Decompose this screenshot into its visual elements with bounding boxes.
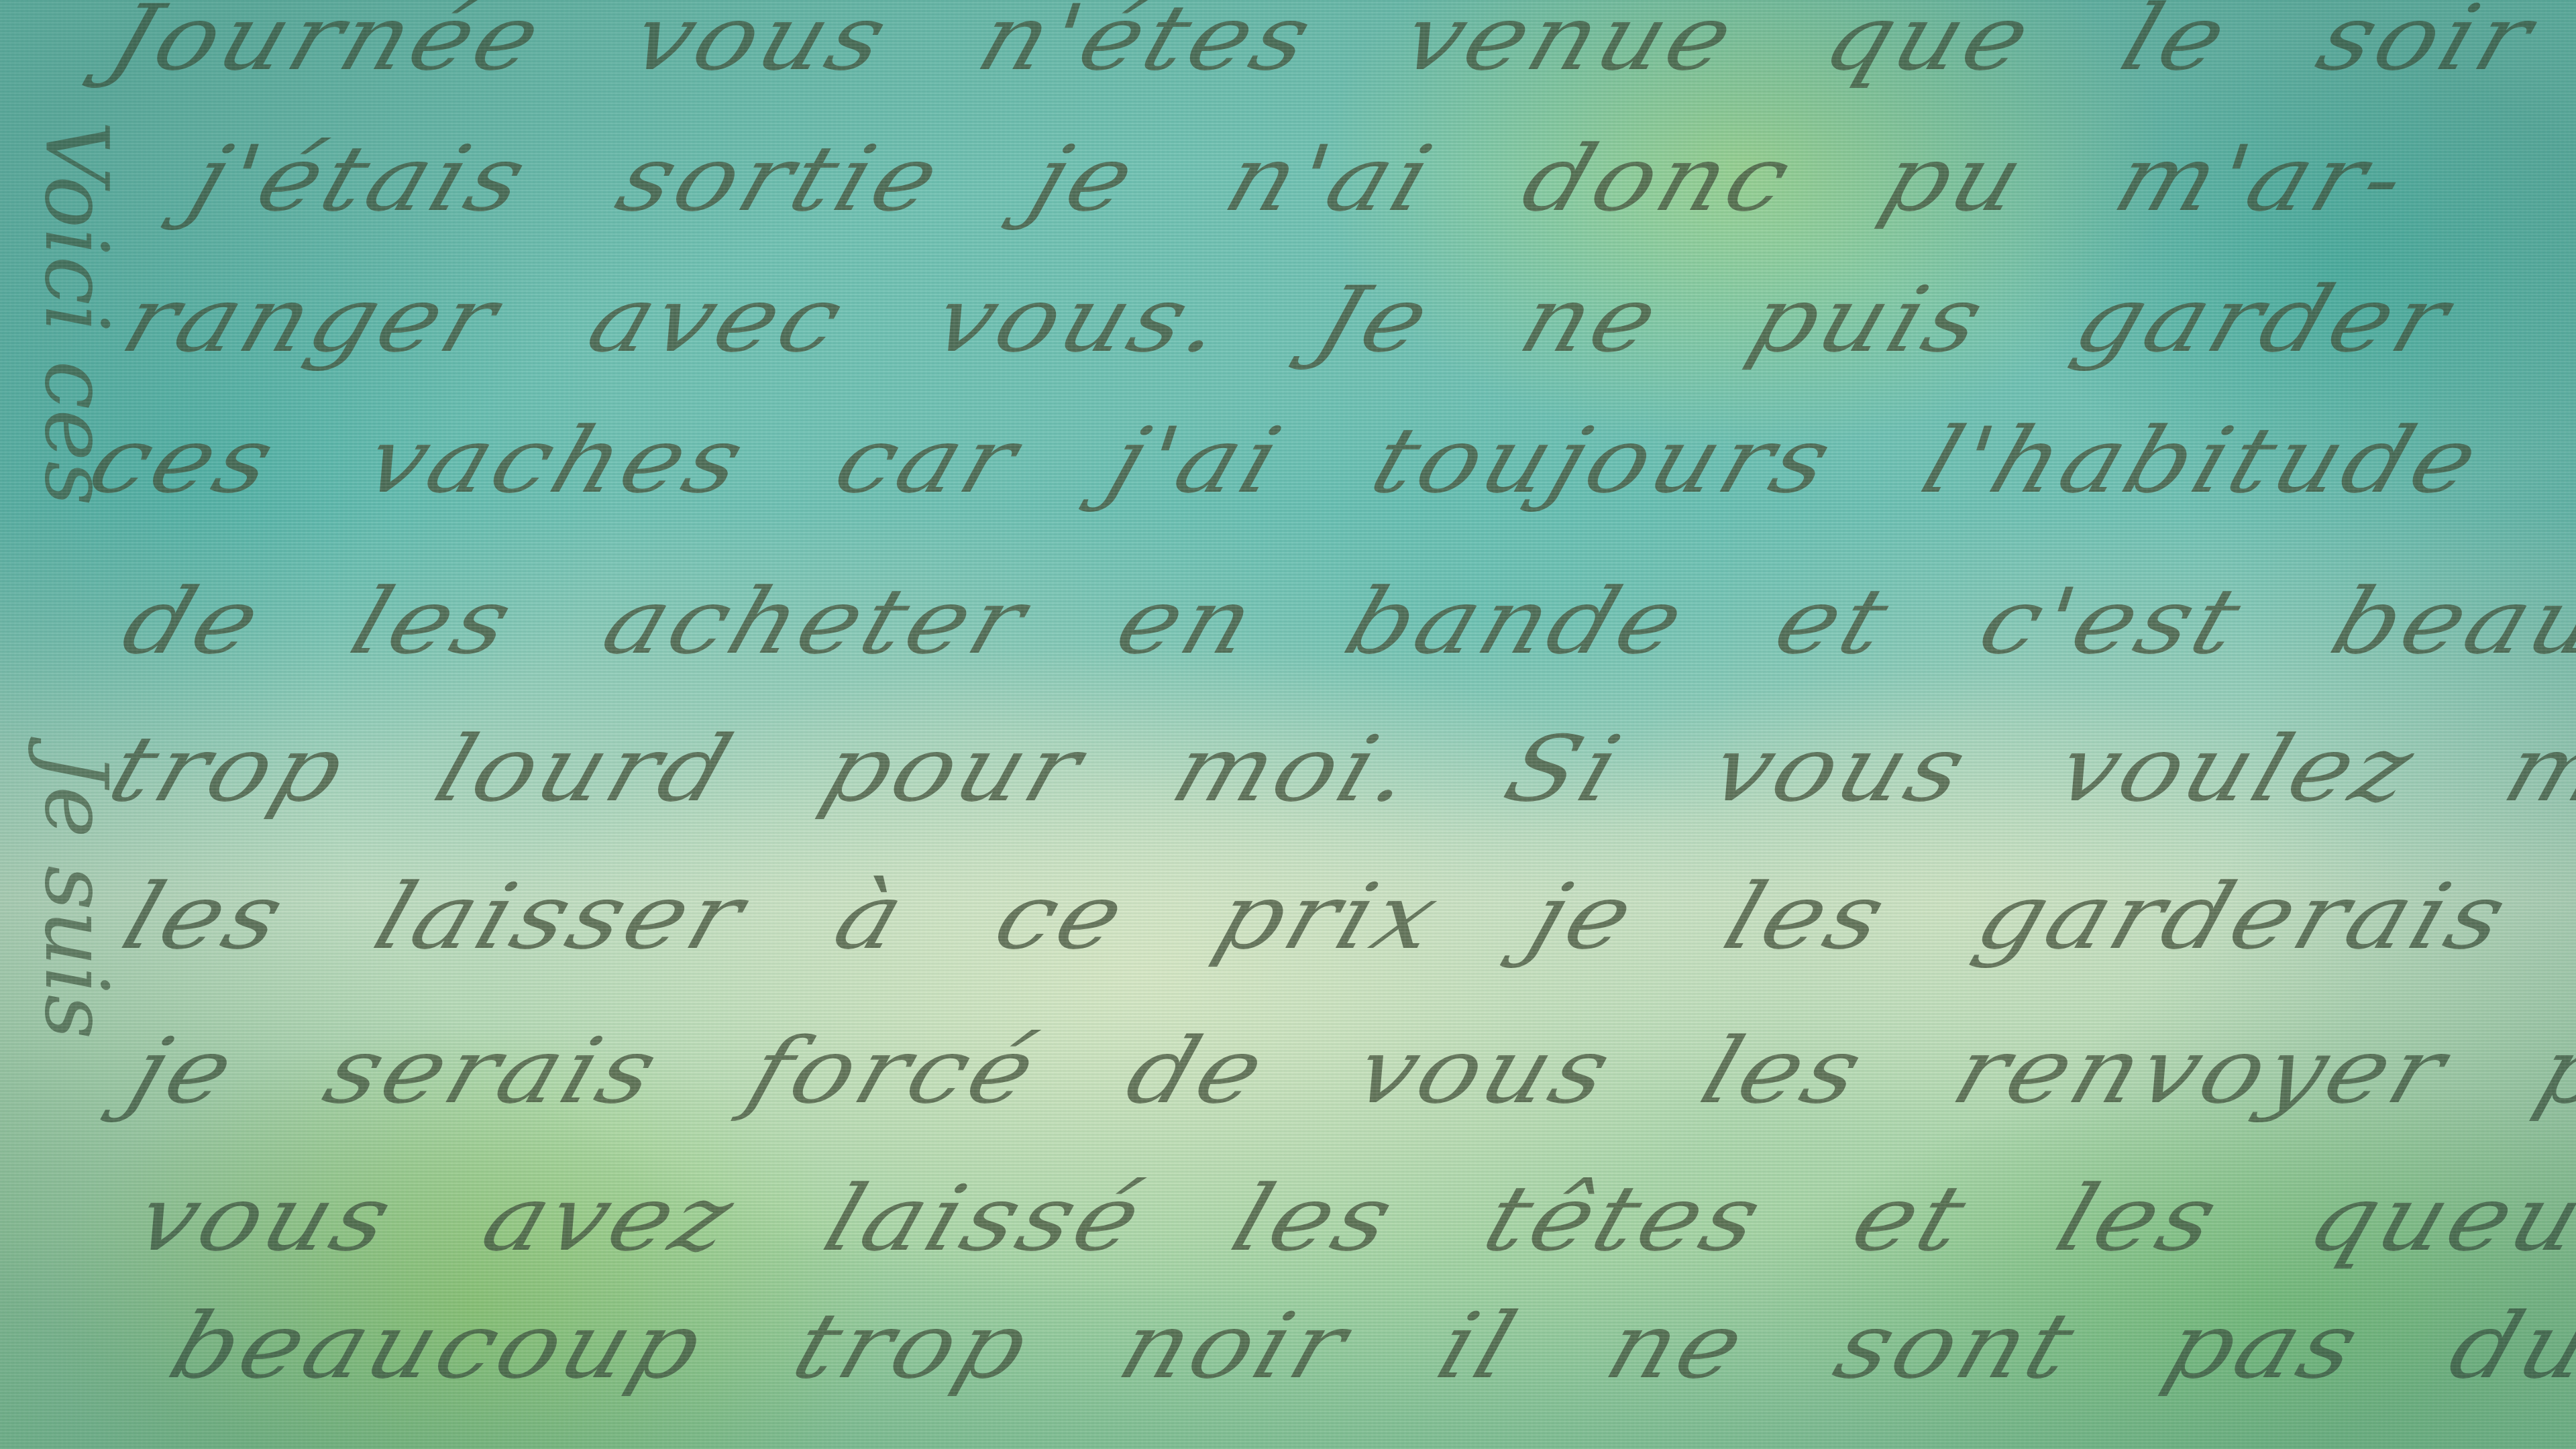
margin-line: Voici ces [25, 121, 127, 506]
letter-line: ranger avec vous. Je ne puis garder [111, 268, 2465, 373]
margin-line: Je suis [25, 751, 127, 1039]
letter-line: les laisser à ce prix je les garderais a… [111, 865, 2576, 970]
letter-line: de les acheter en bande et c'est beaucou… [111, 570, 2576, 675]
letter-line: j'étais sortie je n'ai donc pu m'ar- [178, 127, 2422, 232]
letter-line: Journée vous n'étes venue que le soir et [97, 0, 2576, 91]
letter-line: trop lourd pour moi. Si vous voulez me [97, 717, 2576, 822]
handwritten-letter: Journée vous n'étes venue que le soir et… [0, 0, 2576, 1449]
letter-line: je serais forcé de vous les renvoyer pui… [117, 1019, 2576, 1124]
letter-line: vous avez laissé les têtes et les queues… [124, 1167, 2576, 1272]
letter-line: ces vaches car j'ai toujours l'habitude [77, 409, 2495, 514]
margin-annotation: Voici ces Je suis [27, 80, 141, 1355]
letter-line: beaucoup trop noir il ne sont pas du tou… [158, 1294, 2576, 1399]
